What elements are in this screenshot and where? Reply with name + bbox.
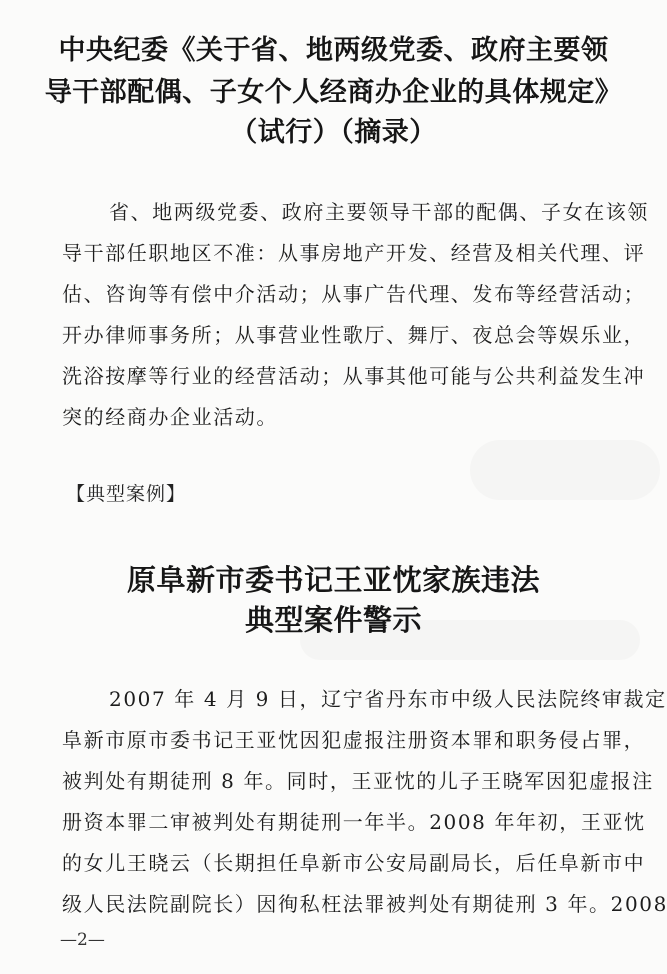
- regulation-body-line: 导干部任职地区不准：从事房地产开发、经营及相关代理、评: [62, 241, 652, 265]
- scan-smudge: [470, 440, 660, 500]
- case-body-line: 被判处有期徒刑 8 年。同时，王亚忱的儿子王晓军因犯虚报注: [62, 769, 652, 793]
- case-title-line-1: 原阜新市委书记王亚忱家族违法: [20, 564, 647, 596]
- case-body-line: 级人民法院副院长）因徇私枉法罪被判处有期徒刑 3 年。2008: [62, 892, 652, 916]
- case-body-line: 的女儿王晓云（长期担任阜新市公安局副局长，后任阜新市中: [62, 851, 652, 875]
- regulation-body-line: 估、咨询等有偿中介活动；从事广告代理、发布等经营活动；: [62, 282, 652, 306]
- case-body-line: 册资本罪二审被判处有期徒刑一年半。2008 年年初，王亚忱: [62, 810, 652, 834]
- regulation-body-line: 省、地两级党委、政府主要领导干部的配偶、子女在该领: [109, 200, 667, 224]
- regulation-body-line: 洗浴按摩等行业的经营活动；从事其他可能与公共利益发生冲: [62, 364, 652, 388]
- regulation-body-line: 突的经商办企业活动。: [62, 405, 652, 429]
- page-number: —2—: [60, 930, 105, 950]
- regulation-body-line: 开办律师事务所；从事营业性歌厅、舞厅、夜总会等娱乐业，: [62, 323, 652, 347]
- regulation-title-line-2: 导干部配偶、子女个人经商办企业的具体规定》: [20, 78, 647, 108]
- regulation-title-line-1: 中央纪委《关于省、地两级党委、政府主要领: [20, 36, 647, 66]
- document-page: 中央纪委《关于省、地两级党委、政府主要领 导干部配偶、子女个人经商办企业的具体规…: [0, 0, 667, 974]
- section-tag-typical-cases: 【典型案例】: [66, 482, 186, 506]
- case-body-line: 阜新市原市委书记王亚忱因犯虚报注册资本罪和职务侵占罪，: [62, 728, 652, 752]
- regulation-title-line-3: （试行）（摘录）: [20, 118, 647, 148]
- case-body-line: 2007 年 4 月 9 日，辽宁省丹东市中级人民法院终审裁定，: [109, 687, 667, 711]
- case-title-line-2: 典型案件警示: [20, 604, 647, 636]
